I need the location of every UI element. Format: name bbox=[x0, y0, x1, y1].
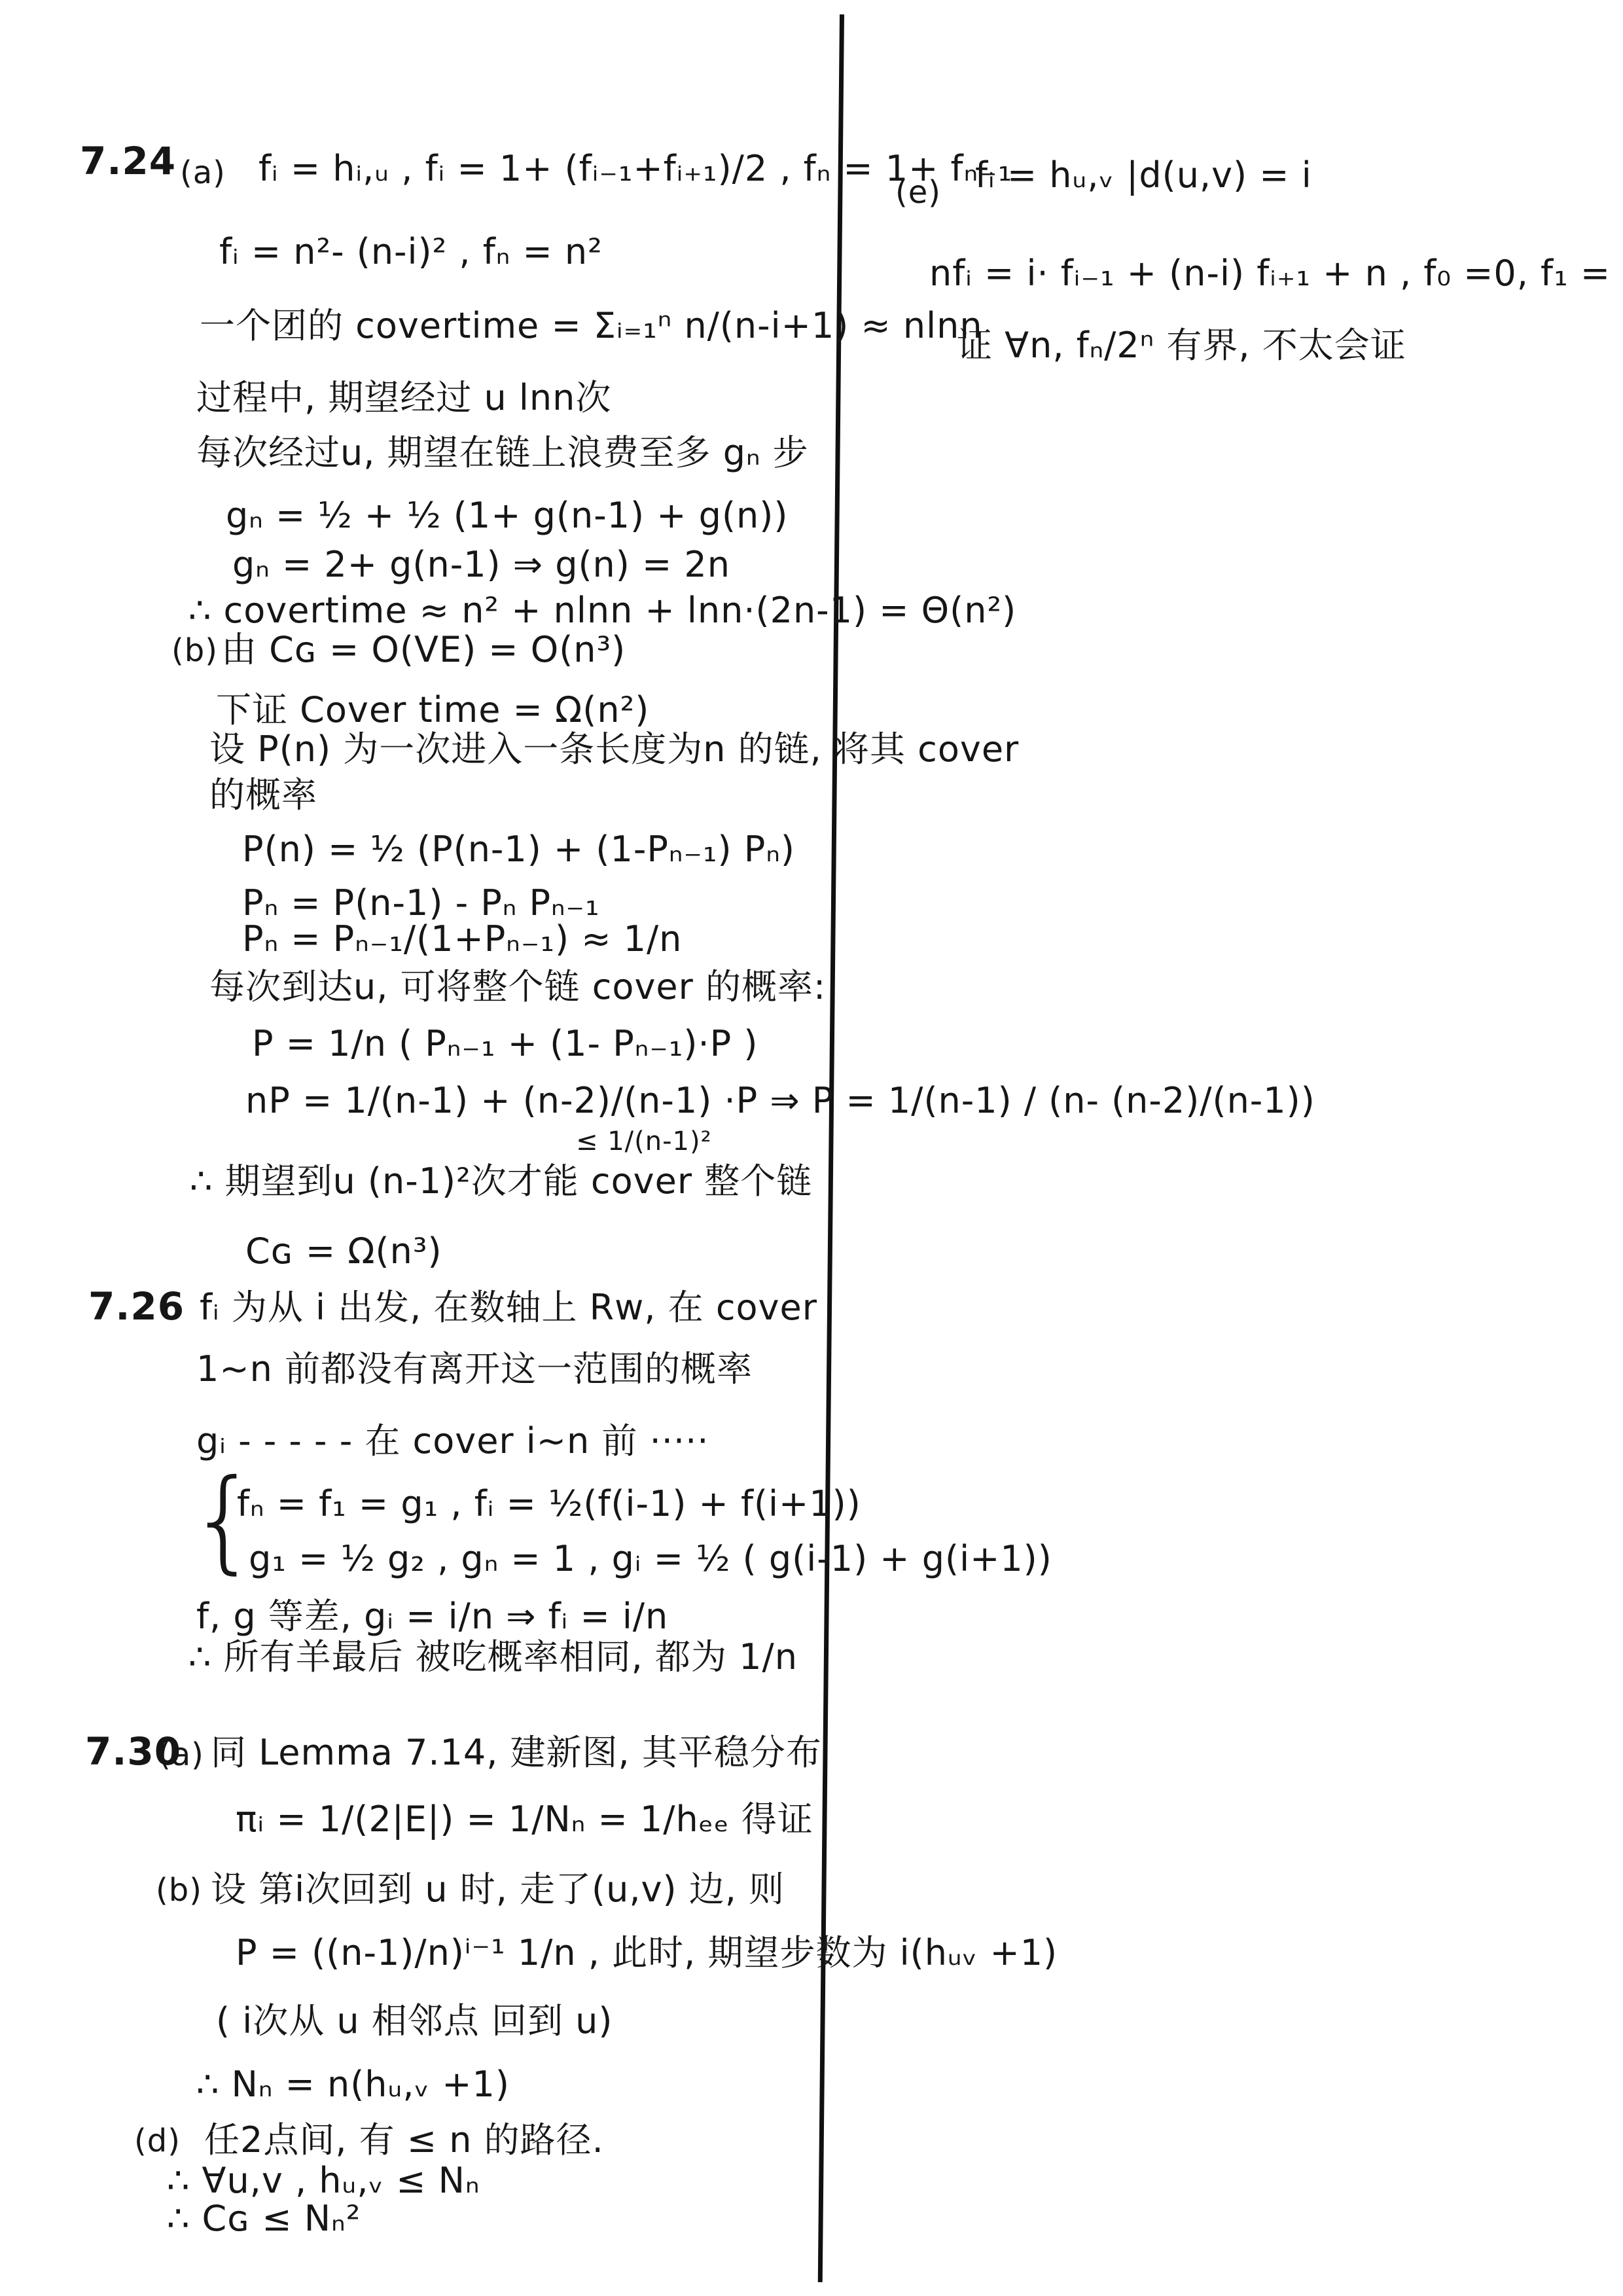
line-730a-lemma: 同 Lemma 7.14, 建新图, 其平稳分布 bbox=[211, 1733, 822, 1772]
line-726-system-f: fₙ = f₁ = g₁ , fᵢ = ½(f(i-1) + f(i+1)) bbox=[237, 1484, 861, 1523]
line-724e-bounded: 证 ∀n, fₙ/2ⁿ 有界, 不太会证 bbox=[957, 326, 1406, 365]
line-724a-gn-eq1: gₙ = ½ + ½ (1+ g(n-1) + g(n)) bbox=[226, 496, 788, 535]
line-726-range: 1~n 前都没有离开这一范围的概率 bbox=[196, 1350, 753, 1388]
line-730a-pi: πᵢ = 1/(2|E|) = 1/Nₙ = 1/hₑₑ 得证 bbox=[236, 1800, 813, 1839]
line-724b-bound-note: ≤ 1/(n-1)² bbox=[576, 1127, 712, 1156]
line-724b-goal: 下证 Cover time = Ω(n²) bbox=[216, 691, 649, 729]
line-726-system-g: g₁ = ½ g₂ , gₙ = 1 , gᵢ = ½ ( g(i-1) + g… bbox=[249, 1539, 1052, 1578]
line-724b-prob: 的概率 bbox=[209, 776, 317, 814]
line-724b-np-eq: nP = 1/(n-1) + (n-2)/(n-1) ·P ⇒ P = 1/(n… bbox=[245, 1081, 1315, 1120]
line-724e-recurrence: nfᵢ = i· fᵢ₋₁ + (n-i) fᵢ₊₁ + n , f₀ =0, … bbox=[929, 254, 1623, 293]
line-724a-conclusion: ∴ covertime ≈ n² + nlnn + lnn·(2n-1) = Θ… bbox=[188, 591, 1016, 630]
line-730d-path: 任2点间, 有 ≤ n 的路径. bbox=[204, 2121, 604, 2159]
line-724a-pass-u: 过程中, 期望经过 u lnn次 bbox=[196, 378, 611, 417]
line-724e-def: fᵢ = hᵤ,ᵥ |d(u,v) = i bbox=[975, 156, 1312, 194]
line-724a-solution: fᵢ = n²- (n-i)² , fₙ = n² bbox=[219, 232, 603, 271]
line-724b-pn-eq3: Pₙ = Pₙ₋₁/(1+Pₙ₋₁) ≈ 1/n bbox=[242, 920, 682, 958]
line-730b-setup: 设 第i次回到 u 时, 走了(u,v) 边, 则 bbox=[211, 1870, 785, 1909]
line-724b-pn-eq2: Pₙ = P(n-1) - Pₙ Pₙ₋₁ bbox=[242, 884, 600, 922]
line-730b-note: ( i次从 u 相邻点 回到 u) bbox=[216, 2001, 613, 2040]
line-724b-p-eq: P = 1/n ( Pₙ₋₁ + (1- Pₙ₋₁)·P ) bbox=[252, 1024, 758, 1063]
part-b-label-724: (b) bbox=[171, 634, 218, 668]
part-a-label-730: (a) bbox=[158, 1738, 204, 1772]
part-d-label-730: (d) bbox=[134, 2124, 181, 2159]
line-724a-gn-eq2: gₙ = 2+ g(n-1) ⇒ g(n) = 2n bbox=[232, 545, 730, 584]
line-726-conclusion: ∴ 所有羊最后 被吃概率相同, 都为 1/n bbox=[188, 1638, 798, 1676]
line-724b-expect-cover: ∴ 期望到u (n-1)²次才能 cover 整个链 bbox=[190, 1162, 812, 1200]
line-726-arith: f, g 等差, gᵢ = i/n ⇒ fᵢ = i/n bbox=[196, 1597, 668, 1636]
line-726-def-g: gᵢ - - - - - 在 cover i~n 前 ····· bbox=[196, 1422, 709, 1460]
line-724b-pn-eq1: P(n) = ½ (P(n-1) + (1-Pₙ₋₁) Pₙ) bbox=[242, 830, 795, 869]
line-730d-conclusion: ∴ Cɢ ≤ Nₙ² bbox=[167, 2199, 361, 2238]
line-726-def-f: fᵢ 为从 i 出发, 在数轴上 Rw, 在 cover bbox=[200, 1288, 817, 1327]
line-724b-reach-u: 每次到达u, 可将整个链 cover 的概率: bbox=[209, 967, 826, 1006]
line-724b-upper: 由 Cɢ = O(VE) = O(n³) bbox=[221, 630, 626, 669]
line-724b-define-pn: 设 P(n) 为一次进入一条长度为n 的链, 将其 cover bbox=[209, 730, 1019, 768]
problem-724-number: 7.24 bbox=[80, 141, 176, 183]
handwritten-notes-page: 7.24 (a) fᵢ = hᵢ,ᵤ , fᵢ = 1+ (fᵢ₋₁+fᵢ₊₁)… bbox=[0, 0, 1623, 2296]
problem-726-number: 7.26 bbox=[88, 1286, 185, 1328]
line-724b-conclusion: Cɢ = Ω(n³) bbox=[245, 1232, 442, 1270]
line-730d-huv: ∴ ∀u,v , hᵤ,ᵥ ≤ Nₙ bbox=[167, 2161, 480, 2200]
part-e-label-724: (e) bbox=[895, 175, 941, 210]
line-724a-covertime-sum: 一个团的 covertime = Σᵢ₌₁ⁿ n/(n-i+1) ≈ nlnn bbox=[200, 306, 983, 345]
line-730b-nn-eq: ∴ Nₙ = n(hᵤ,ᵥ +1) bbox=[196, 2065, 510, 2104]
part-a-label-724: (a) bbox=[180, 156, 226, 190]
part-b-label-730: (b) bbox=[156, 1873, 202, 1908]
line-724a-waste-steps: 每次经过u, 期望在链上浪费至多 gₙ 步 bbox=[196, 433, 809, 472]
line-730b-p-eq: P = ((n-1)/n)ⁱ⁻¹ 1/n , 此时, 期望步数为 i(hᵤᵥ +… bbox=[236, 1933, 1058, 1972]
